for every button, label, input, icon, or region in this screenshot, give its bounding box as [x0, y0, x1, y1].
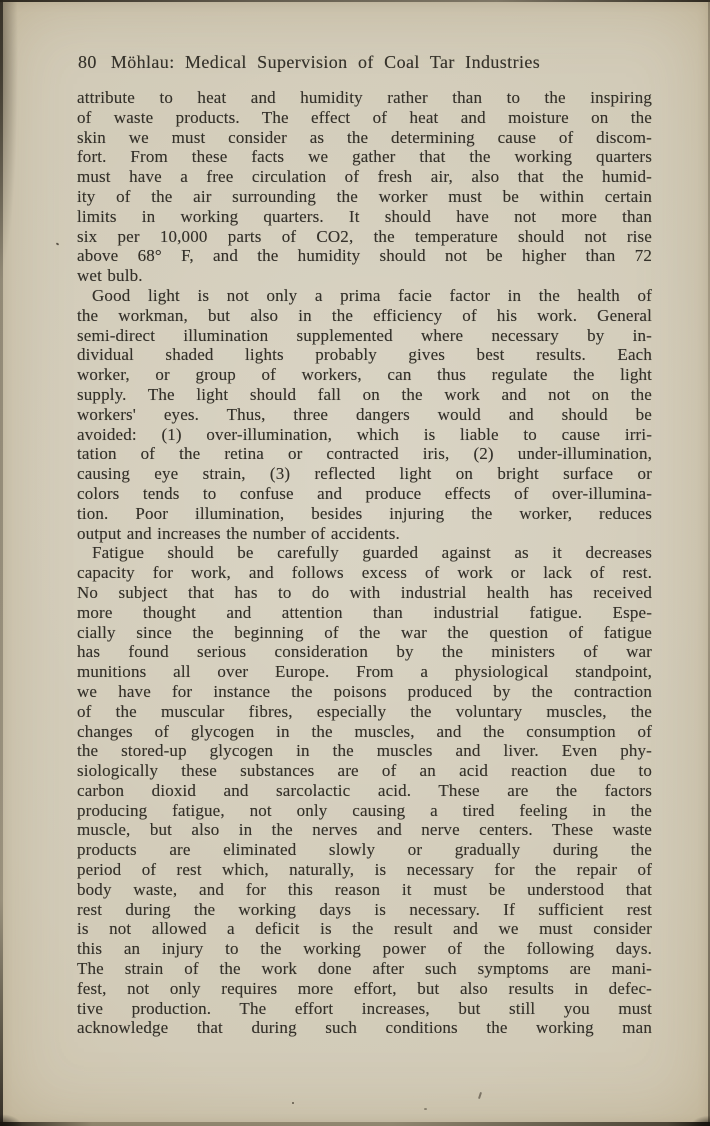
text-line: this an injury to the working power of t…: [77, 939, 652, 959]
text-line: No subject that has to do with industria…: [77, 583, 652, 603]
scan-speck: [292, 1102, 294, 1104]
text-line: carbon dioxid and sarcolactic acid. Thes…: [77, 781, 652, 801]
text-line: body waste, and for this reason it must …: [77, 880, 652, 900]
text-line: changes of glycogen in the muscles, and …: [77, 722, 652, 742]
page-number: 80: [78, 51, 97, 73]
scan-edge-top: [0, 0, 710, 2]
scan-speck: [56, 242, 60, 245]
text-line: worker, or group of workers, can thus re…: [77, 365, 652, 385]
text-line: must have a free circulation of fresh ai…: [77, 167, 652, 187]
text-line: tive production. The effort increases, b…: [77, 999, 652, 1019]
text-line: acknowledge that during such conditions …: [77, 1018, 652, 1038]
text-line: is not allowed a deficit is the result a…: [77, 919, 652, 939]
text-line: above 68° F, and the humidity should not…: [77, 246, 652, 266]
text-line: fort. From these facts we gather that th…: [77, 147, 652, 167]
page-body: attribute to heat and humidity rather th…: [77, 88, 652, 1038]
text-line: more thought and attention than industri…: [77, 603, 652, 623]
running-title: Möhlau: Medical Supervision of Coal Tar …: [111, 51, 540, 73]
text-line: munitions all over Europe. From a physio…: [77, 662, 652, 682]
text-line: period of rest which, naturally, is nece…: [77, 860, 652, 880]
text-line: we have for instance the poisons produce…: [77, 682, 652, 702]
scan-shadow-topleft: [0, 0, 26, 320]
text-line: attribute to heat and humidity rather th…: [77, 88, 652, 108]
text-line: semi-direct illumination supplemented wh…: [77, 326, 652, 346]
text-line: workers' eyes. Thus, three dangers would…: [77, 405, 652, 425]
text-line: ity of the air surrounding the worker mu…: [77, 187, 652, 207]
text-line: avoided: (1) over-illumination, which is…: [77, 425, 652, 445]
scan-speck: [424, 1108, 427, 1110]
scan-edge-bottom: [0, 1122, 710, 1126]
scan-corner-bottom-left: [0, 1110, 30, 1126]
text-line: output and increases the number of accid…: [77, 524, 652, 544]
text-line: colors tends to confuse and produce effe…: [77, 484, 652, 504]
text-line: rest during the working days is necessar…: [77, 900, 652, 920]
text-line: the stored-up glycogen in the muscles an…: [77, 741, 652, 761]
text-line: causing eye strain, (3) reflected light …: [77, 464, 652, 484]
text-line: of the muscular fibres, especially the v…: [77, 702, 652, 722]
text-line: fest, not only requires more effort, but…: [77, 979, 652, 999]
text-line: siologically these substances are of an …: [77, 761, 652, 781]
text-line: skin we must consider as the determining…: [77, 128, 652, 148]
text-line: capacity for work, and follows excess of…: [77, 563, 652, 583]
text-line: tion. Poor illumination, besides injurin…: [77, 504, 652, 524]
text-line: muscle, but also in the nerves and nerve…: [77, 820, 652, 840]
text-line: wet bulb.: [77, 266, 652, 286]
text-line: The strain of the work done after such s…: [77, 959, 652, 979]
book-page: 80 Möhlau: Medical Supervision of Coal T…: [0, 0, 710, 1126]
text-line: of waste products. The effect of heat an…: [77, 108, 652, 128]
text-line: tation of the retina or contracted iris,…: [77, 444, 652, 464]
page-header: 80 Möhlau: Medical Supervision of Coal T…: [78, 51, 596, 73]
text-line: six per 10,000 parts of CO2, the tempera…: [77, 227, 652, 247]
scan-speck: [478, 1092, 482, 1099]
text-line: dividual shaded lights probably gives be…: [77, 345, 652, 365]
text-line: products are eliminated slowly or gradua…: [77, 840, 652, 860]
text-line: the workman, but also in the efficiency …: [77, 306, 652, 326]
text-line: producing fatigue, not only causing a ti…: [77, 801, 652, 821]
text-line: cially since the beginning of the war th…: [77, 623, 652, 643]
scan-corner-bottom-right: [684, 1112, 710, 1126]
text-line: has found serious consideration by the m…: [77, 642, 652, 662]
text-line: supply. The light should fall on the wor…: [77, 385, 652, 405]
text-line: limits in working quarters. It should ha…: [77, 207, 652, 227]
scan-edge-left: [0, 0, 3, 1126]
text-line: Fatigue should be carefully guarded agai…: [77, 543, 652, 563]
text-line: Good light is not only a prima facie fac…: [77, 286, 652, 306]
